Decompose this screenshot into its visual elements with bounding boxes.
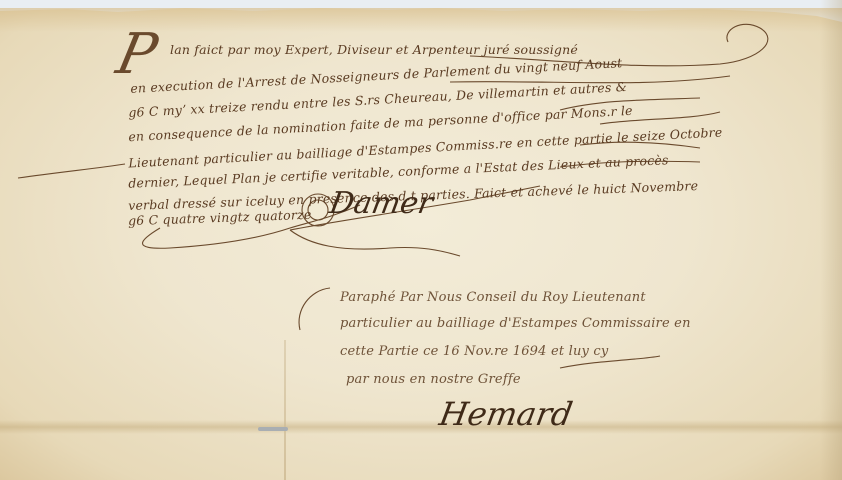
text-line-1: lan faict par moy Expert, Diviseur et Ar… (170, 42, 578, 57)
lieutenant-signature: Hemard (437, 395, 576, 433)
attestation-line-1: Paraphé Par Nous Conseil du Roy Lieutena… (340, 290, 646, 305)
right-fold-shadow (820, 0, 842, 480)
attestation-line-3: cette Partie ce 16 Nov.re 1694 et luy cy (340, 344, 608, 359)
expert-signature: Damer (327, 186, 436, 221)
vertical-fold (284, 340, 286, 480)
pin-hole (258, 427, 288, 431)
attestation-line-4: par nous en nostre Greffe (346, 372, 521, 387)
attestation-line-2: particulier au bailliage d'Estampes Comm… (340, 316, 691, 331)
horizontal-fold (0, 420, 842, 434)
